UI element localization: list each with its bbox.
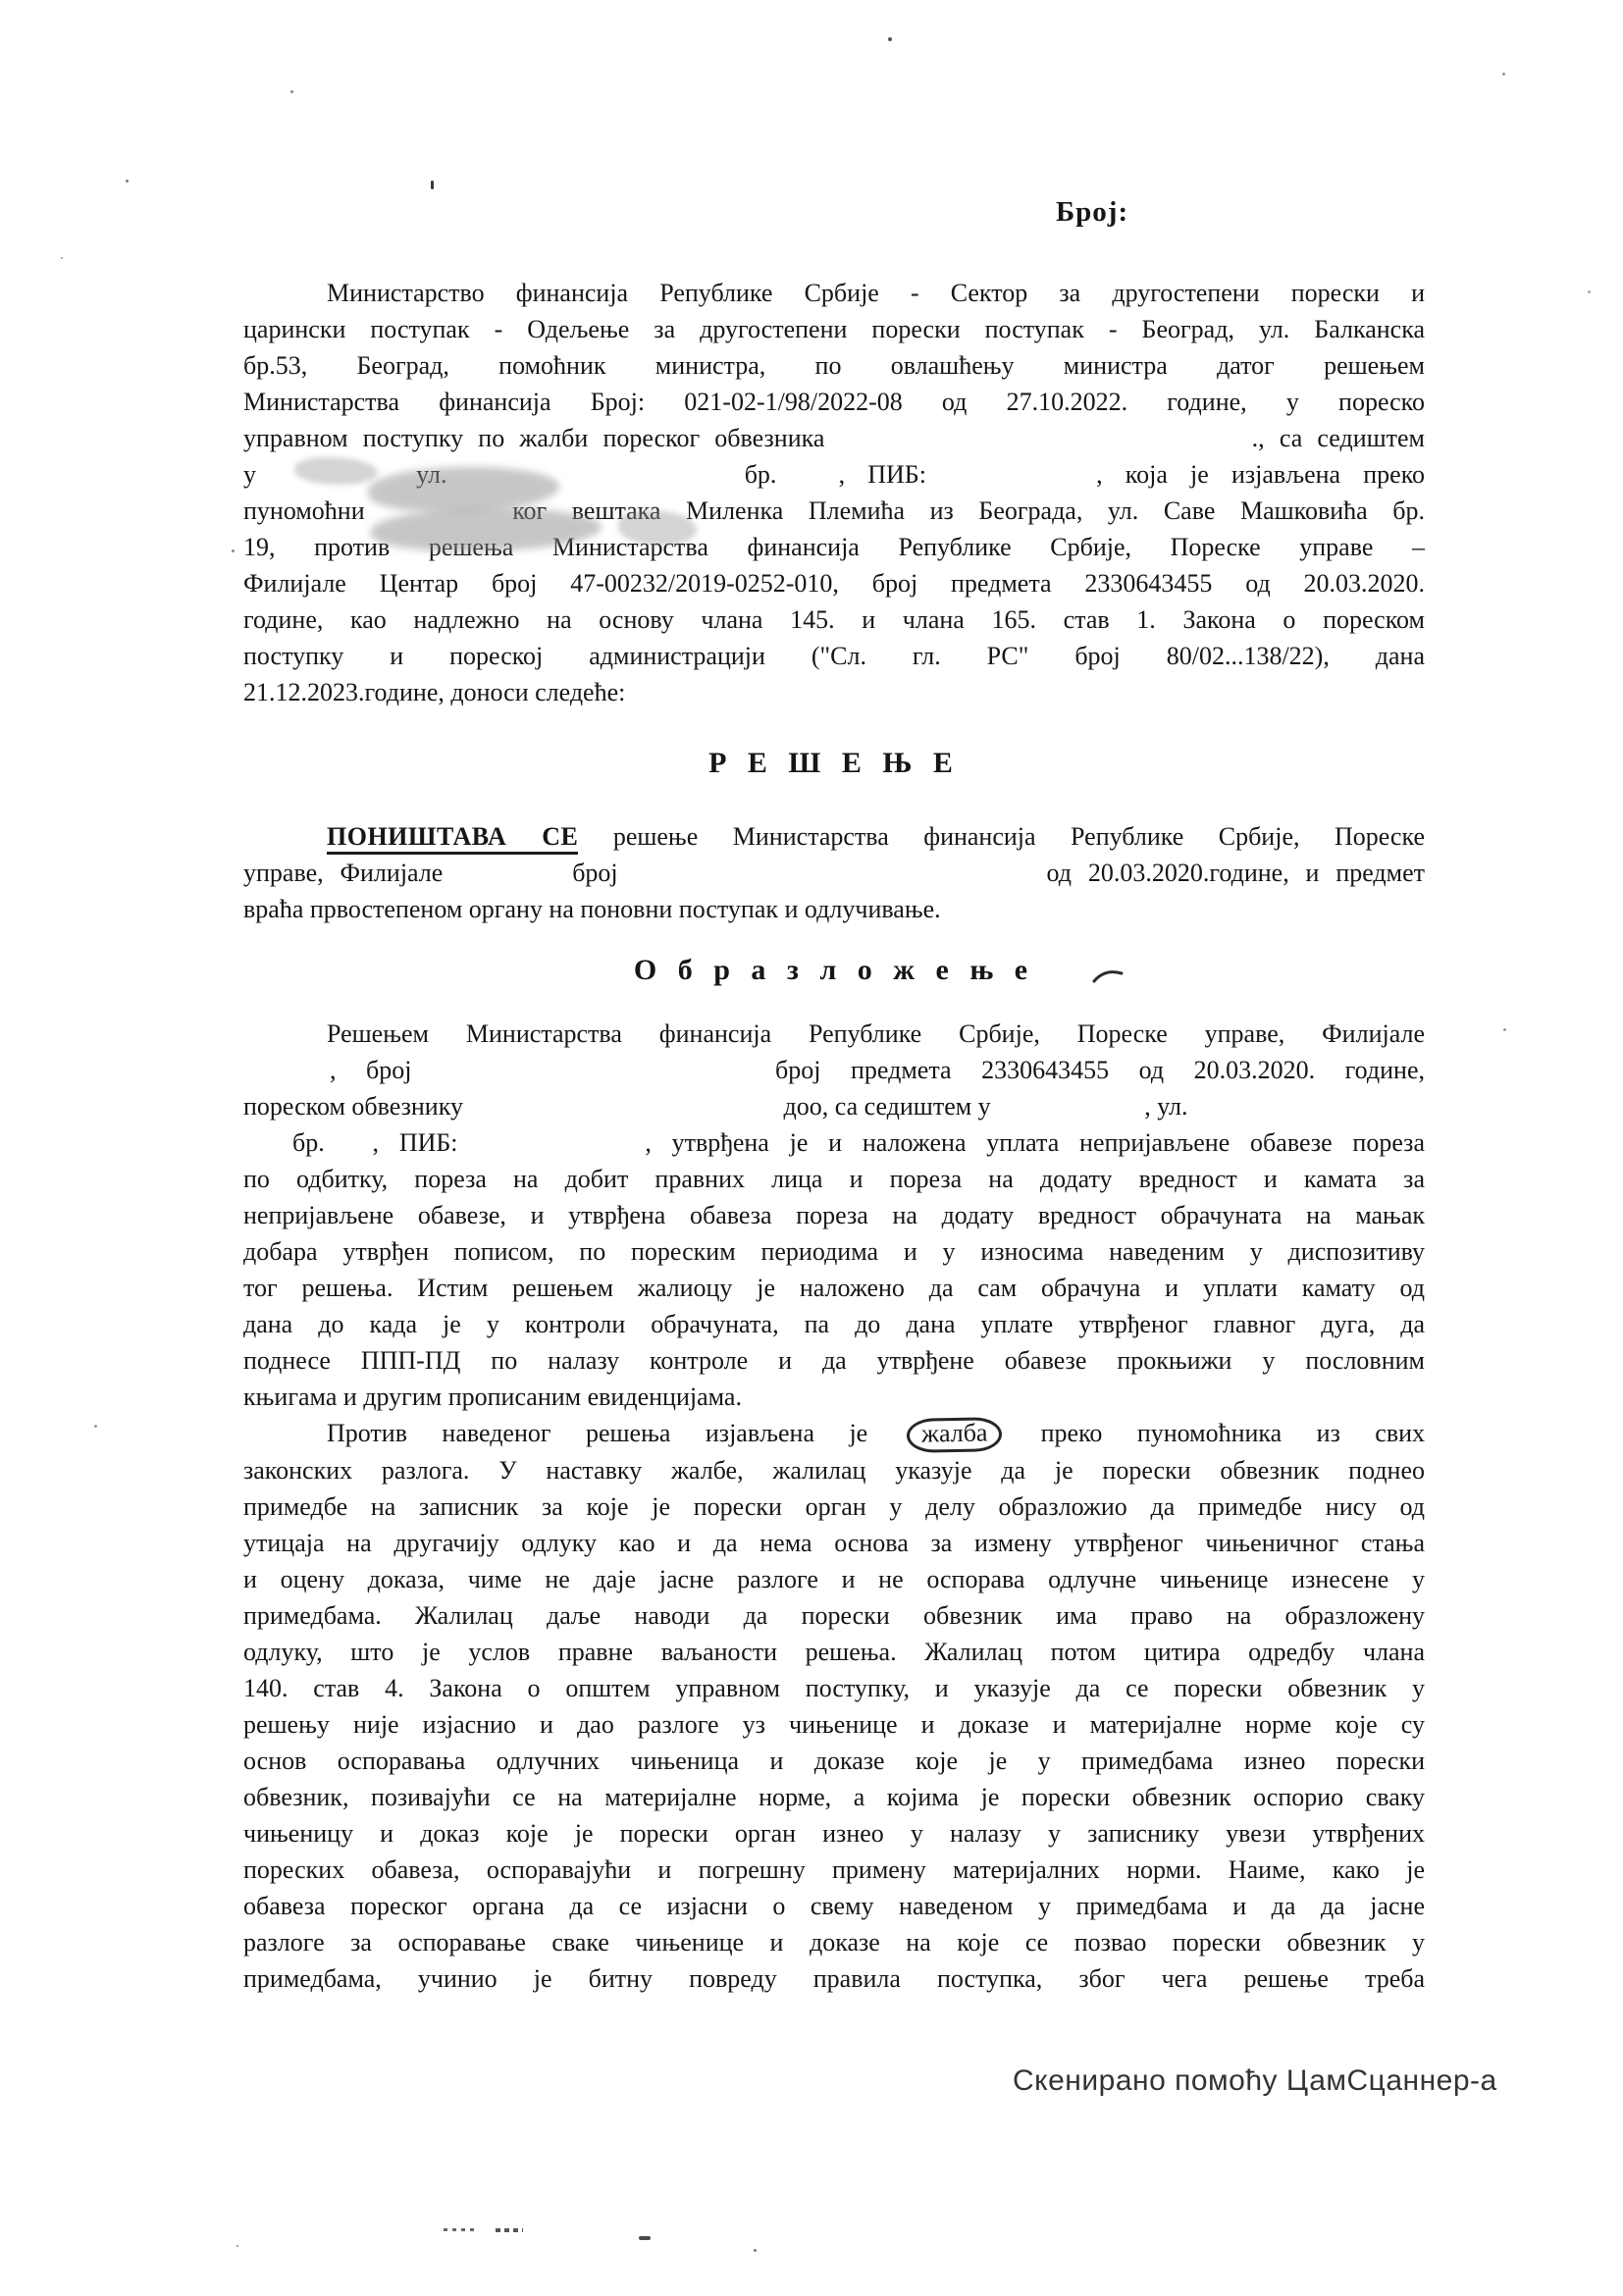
scan-speck	[126, 180, 129, 183]
scan-speck	[1503, 1028, 1506, 1031]
redacted-blank	[800, 482, 839, 483]
text-line: 21.12.2023.године, доноси следеће:	[243, 674, 1425, 710]
scan-speck	[232, 549, 235, 552]
text-segment: Министарства финансија Број: 021-02-1/98…	[243, 388, 1425, 416]
text-segment: решење Министарства финансија Републике …	[613, 822, 1425, 851]
scan-speck	[754, 2249, 757, 2252]
text-segment: књигама и другим прописаним евиденцијама…	[243, 1383, 742, 1411]
text-segment: решењу није изјаснио и дао разлоге уз чи…	[243, 1710, 1425, 1739]
text-line: по одбитку, пореза на добит правних лица…	[243, 1161, 1425, 1197]
heading-text: О б р а з л о ж е њ е	[634, 954, 1034, 986]
redacted-blank	[243, 1150, 292, 1151]
pen-tick-mark	[1091, 957, 1125, 996]
text-segment: у	[243, 460, 256, 489]
camscanner-watermark: Скенирано помоћу ЦамСцаннер-а	[1013, 2064, 1497, 2098]
text-line: бр. , ПИБ: , утврђена је и наложена упла…	[243, 1124, 1425, 1161]
text-segment: Против наведеног решења изјављена је	[327, 1419, 867, 1447]
scan-speck	[290, 90, 293, 93]
circled-word: жалба	[906, 1417, 1002, 1453]
text-segment: примедбама. Жалилац даље наводи да порес…	[243, 1601, 1425, 1630]
text-line: Министарство финансија Републике Србије …	[243, 275, 1425, 311]
text-segment: пуномоћни	[243, 496, 365, 525]
text-line: пореских обавеза, оспоравајући и погрешн…	[243, 1852, 1425, 1888]
scan-speck	[444, 2228, 477, 2231]
text-line: ПОНИШТАВА СЕ решење Министарства финанси…	[243, 818, 1425, 855]
text-line: обвезник, позивајући се на материјалне н…	[243, 1779, 1425, 1815]
text-segment: Министарство финансија Републике Србије …	[327, 279, 1425, 307]
text-segment: царински поступак - Одељење за другостеп…	[243, 315, 1425, 343]
text-segment: по одбитку, пореза на добит правних лица…	[243, 1165, 1425, 1193]
heading-text: Р Е Ш Е Њ Е	[708, 747, 960, 779]
text-line: Филијале Центар број 47-00232/2019-0252-…	[243, 565, 1425, 601]
redacted-blank	[949, 482, 1096, 483]
text-segment: законских разлога. У наставку жалбе, жал…	[243, 1456, 1425, 1485]
redacted-blank	[345, 1150, 373, 1151]
scan-speck	[639, 2236, 651, 2240]
text-line: утицаја на другачију одлуку као и да нем…	[243, 1525, 1425, 1561]
rationale-paragraph-2: Против наведеног решења изјављена је жал…	[243, 1415, 1425, 1997]
text-segment: пореском обвезнику	[243, 1092, 463, 1121]
text-line: основ оспоравања одлучних чињеница и док…	[243, 1743, 1425, 1779]
text-segment: 140. став 4. Закона о општем управном по…	[243, 1674, 1425, 1702]
decision-paragraph: ПОНИШТАВА СЕ решење Министарства финанси…	[243, 818, 1425, 927]
scan-speck	[888, 37, 892, 41]
text-line: примедбама. Жалилац даље наводи да порес…	[243, 1597, 1425, 1634]
text-segment: примедбе на записник за које је порески …	[243, 1492, 1425, 1521]
text-segment: пореских обавеза, оспоравајући и погрешн…	[243, 1855, 1425, 1884]
text-segment: основ оспоравања одлучних чињеница и док…	[243, 1747, 1425, 1775]
text-segment: ПОНИШТАВА СЕ	[327, 822, 578, 855]
text-line: одлуку, што је услов правне ваљаности ре…	[243, 1634, 1425, 1670]
document-text-column: Број: Министарство финансија Републике С…	[243, 194, 1425, 1997]
text-line: , број број предмета 2330643455 од 20.03…	[243, 1052, 1425, 1088]
text-line: добара утврђен пописом, по пореским пери…	[243, 1233, 1425, 1270]
redacted-blank	[459, 880, 572, 881]
text-segment: обавеза пореског органа да се изјасни о …	[243, 1892, 1425, 1920]
text-segment: обвезник, позивајући се на материјалне н…	[243, 1783, 1425, 1811]
text-segment: бр.	[292, 1128, 325, 1157]
text-segment: поступку и пореској администрацији ("Сл.…	[243, 642, 1425, 670]
scan-speck	[94, 1425, 97, 1428]
text-segment: враћа првостепеном органу на поновни пос…	[243, 895, 941, 923]
text-line: разлоге за оспоравање сваке чињенице и д…	[243, 1924, 1425, 1960]
text-segment: чињеницу и доказ које је порески орган и…	[243, 1819, 1425, 1848]
scanned-document-page: Број: Министарство финансија Републике С…	[0, 0, 1623, 2296]
text-line: бр.53, Београд, помоћник министра, по ов…	[243, 347, 1425, 384]
text-line: и оцену доказа, чиме не даје јасне разло…	[243, 1561, 1425, 1597]
scan-speck	[496, 2228, 523, 2232]
redacted-blank	[243, 1077, 330, 1078]
text-segment: преко пуномоћника из свих	[1041, 1419, 1425, 1447]
text-segment: , ул.	[1144, 1092, 1187, 1121]
text-segment: добара утврђен пописом, по пореским пери…	[243, 1237, 1425, 1266]
text-line: тог решења. Истим решењем жалиоцу је нал…	[243, 1270, 1425, 1306]
document-number-label: Број:	[1056, 194, 1425, 230]
rationale-paragraph-1: Решењем Министарства финансија Републике…	[243, 1016, 1425, 1415]
text-line: пореском обвезнику доо, са седиштем у , …	[243, 1088, 1425, 1124]
text-segment: године, као надлежно на основу члана 145…	[243, 605, 1425, 634]
text-segment: управном поступку по жалби пореског обве…	[243, 424, 824, 452]
text-line: примедбе на записник за које је порески …	[243, 1488, 1425, 1525]
text-segment: одлуку, што је услов правне ваљаности ре…	[243, 1638, 1425, 1666]
text-line: чињеницу и доказ које је порески орган и…	[243, 1815, 1425, 1852]
scan-speck	[1588, 290, 1591, 293]
redacted-blank	[997, 1114, 1144, 1115]
text-segment: бр.	[745, 460, 777, 489]
text-line: управном поступку по жалби пореског обве…	[243, 420, 1425, 456]
text-line: непријављене обавезе, и утврђена обавеза…	[243, 1197, 1425, 1233]
redacted-blank	[635, 880, 1047, 881]
text-line: обавеза пореског органа да се изјасни о …	[243, 1888, 1425, 1924]
rationale-heading: О б р а з л о ж е њ е	[243, 951, 1425, 990]
text-segment: утицаја на другачију одлуку као и да нем…	[243, 1529, 1425, 1557]
redacted-blank	[442, 1077, 775, 1078]
redacted-blank	[840, 445, 1252, 446]
text-line: враћа првостепеном органу на поновни пос…	[243, 891, 1425, 927]
text-segment: примедбама, учинио је битну повреду прав…	[243, 1964, 1425, 1993]
text-segment: бр.53, Београд, помоћник министра, по ов…	[243, 351, 1425, 380]
text-line: године, као надлежно на основу члана 145…	[243, 601, 1425, 638]
text-segment: број предмета 2330643455 од 20.03.2020. …	[775, 1056, 1425, 1084]
text-segment: Решењем Министарства финансија Републике…	[327, 1019, 1425, 1048]
scan-speck	[61, 257, 63, 259]
text-segment: ., са седиштем	[1252, 424, 1425, 452]
text-segment: тог решења. Истим решењем жалиоцу је нал…	[243, 1274, 1425, 1302]
text-segment: број	[572, 859, 617, 887]
text-segment: и оцену доказа, чиме не даје јасне разло…	[243, 1565, 1425, 1593]
text-line: поднесе ППП-ПД по налазу контроле и да у…	[243, 1342, 1425, 1379]
text-line: законских разлога. У наставку жалбе, жал…	[243, 1452, 1425, 1488]
text-line: управе, Филијале број од 20.03.2020.годи…	[243, 855, 1425, 891]
text-segment: разлоге за оспоравање сваке чињенице и д…	[243, 1928, 1425, 1957]
text-line: поступку и пореској администрацији ("Сл.…	[243, 638, 1425, 674]
text-segment: , ПИБ:	[839, 460, 926, 489]
text-line: књигама и другим прописаним евиденцијама…	[243, 1379, 1425, 1415]
text-line: царински поступак - Одељење за другостеп…	[243, 311, 1425, 347]
text-segment: , која је изјављена преко	[1096, 460, 1425, 489]
text-line: Министарства финансија Број: 021-02-1/98…	[243, 384, 1425, 420]
text-segment: од 20.03.2020.године, и предмет	[1047, 859, 1426, 887]
redacted-blank	[469, 1114, 783, 1115]
text-line: 140. став 4. Закона о општем управном по…	[243, 1670, 1425, 1706]
text-segment: доо, са седиштем у	[783, 1092, 990, 1121]
text-segment: непријављене обавезе, и утврђена обавеза…	[243, 1201, 1425, 1229]
text-segment: , број	[330, 1056, 411, 1084]
scan-speck	[236, 2245, 238, 2247]
text-segment: поднесе ППП-ПД по налазу контроле и да у…	[243, 1346, 1425, 1375]
text-line: дана до када је у контроли обрачуната, п…	[243, 1306, 1425, 1342]
text-segment: Филијале Центар број 47-00232/2019-0252-…	[243, 569, 1425, 598]
scan-speck	[431, 181, 434, 189]
text-line: Против наведеног решења изјављена је жал…	[243, 1415, 1425, 1452]
redacted-blank	[478, 1150, 645, 1151]
text-line: примедбама, учинио је битну повреду прав…	[243, 1960, 1425, 1997]
text-segment: дана до када је у контроли обрачуната, п…	[243, 1310, 1425, 1338]
text-segment: , утврђена је и наложена уплата непријав…	[645, 1128, 1425, 1157]
scan-speck	[1502, 73, 1505, 76]
decision-heading: Р Е Ш Е Њ Е	[243, 744, 1425, 783]
text-segment: 21.12.2023.године, доноси следеће:	[243, 678, 625, 706]
text-segment: управе, Филијале	[243, 859, 443, 887]
text-line: решењу није изјаснио и дао разлоге уз чи…	[243, 1706, 1425, 1743]
text-line: Решењем Министарства финансија Републике…	[243, 1016, 1425, 1052]
text-segment: , ПИБ:	[373, 1128, 458, 1157]
